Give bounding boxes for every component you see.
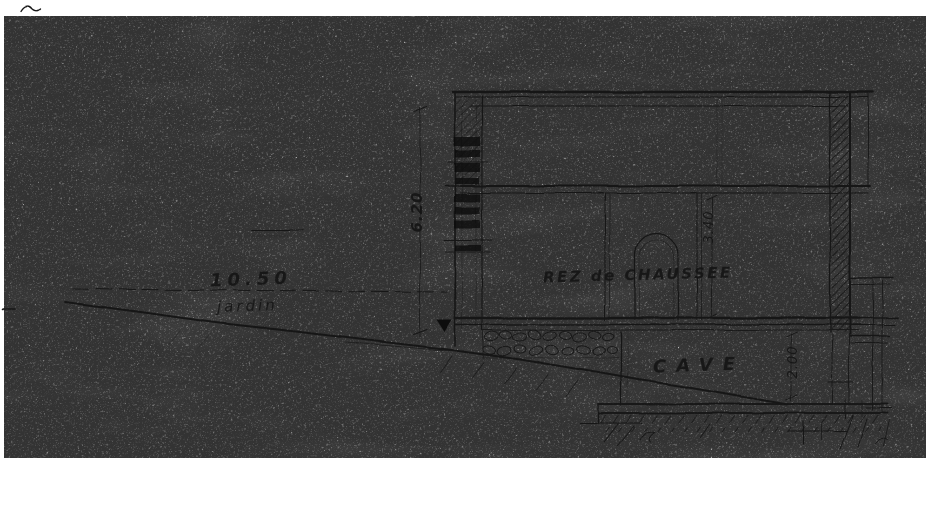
label-garden: jardin — [217, 296, 278, 316]
corner-scribble — [22, 6, 41, 11]
section-drawing — [0, 0, 933, 512]
dimension-facade-height: 6.20 — [395, 183, 439, 241]
label-cellar: CAVE — [653, 353, 746, 377]
scan-noise-layer — [4, 16, 926, 458]
dimension-garden-width: 10.50 — [210, 268, 293, 292]
dimension-ground-floor-height: 3.40 — [688, 202, 730, 252]
foundation-slab — [580, 399, 888, 432]
dimension-cellar-height: 2.00 — [772, 336, 814, 388]
scanned-blueprint-page: 10.50 jardin 6.20 REZ de CHAUSSEE 3.40 C… — [0, 0, 933, 512]
